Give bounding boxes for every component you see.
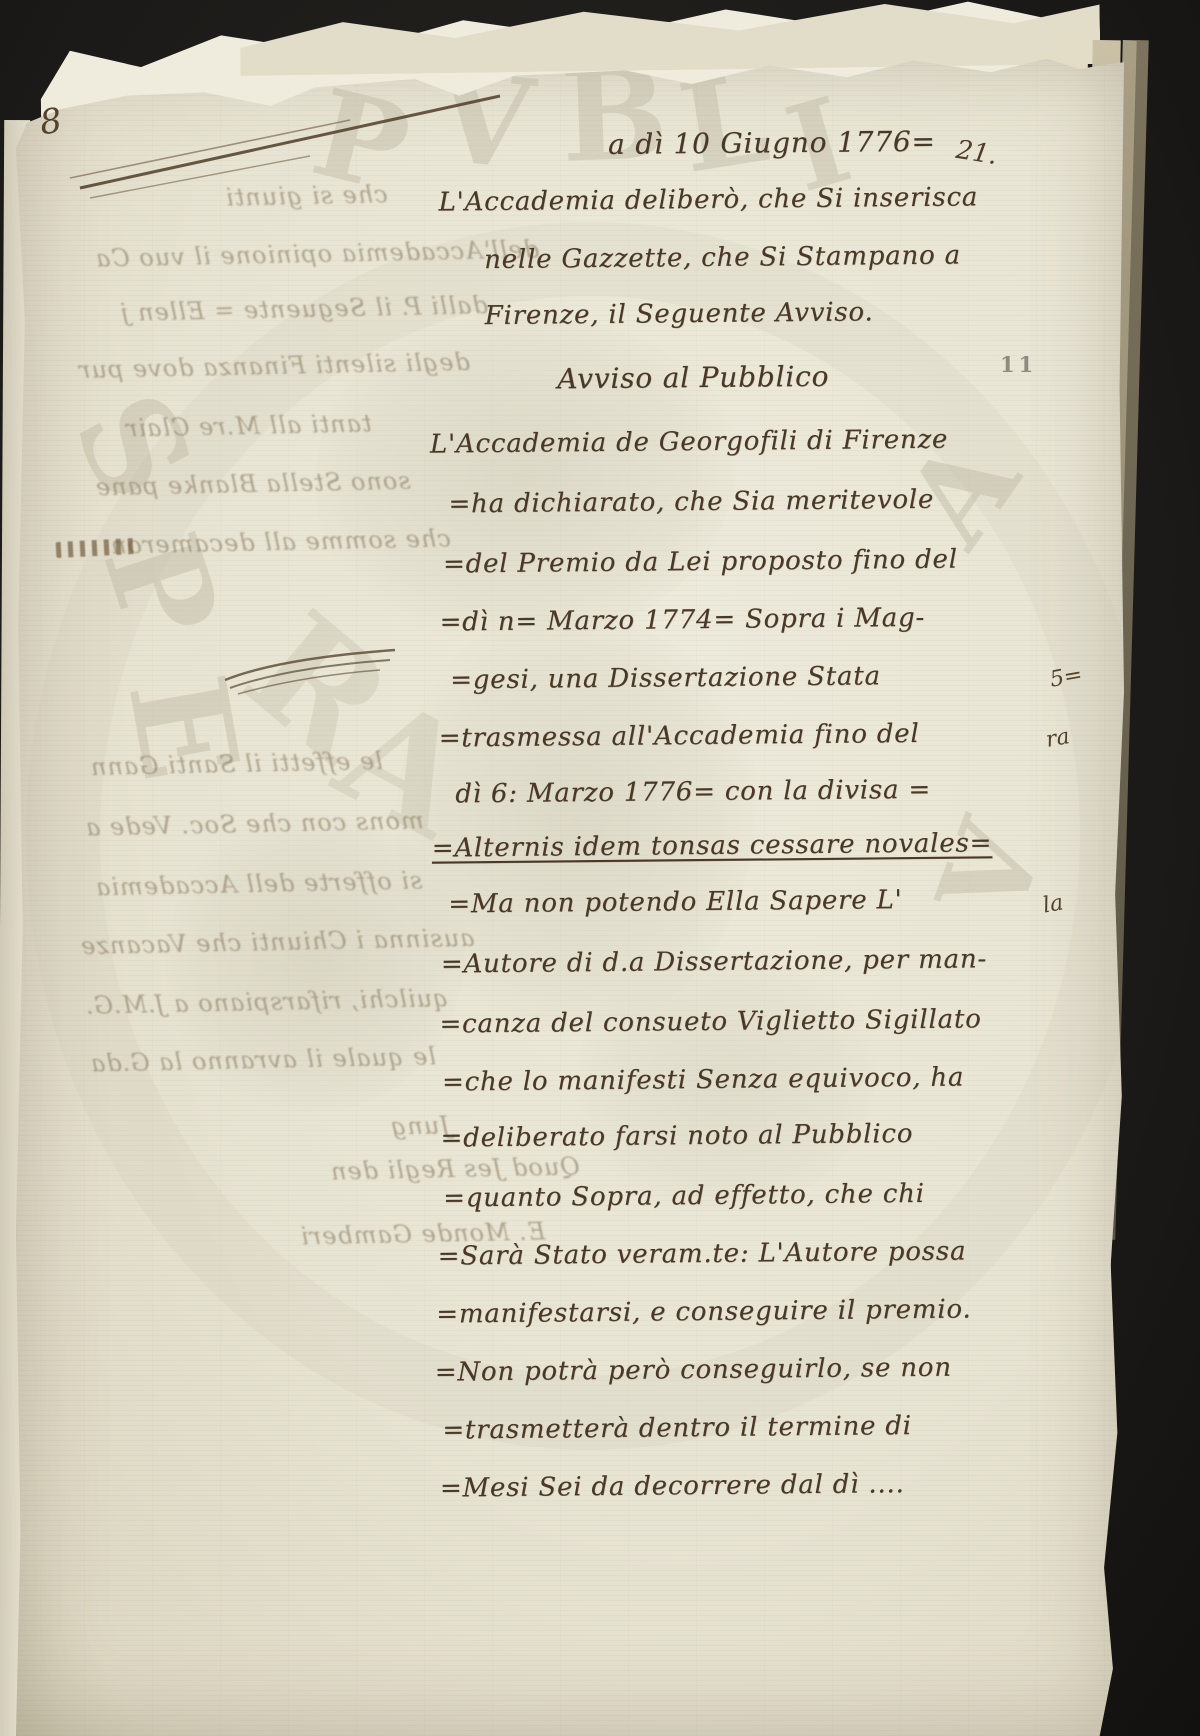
- edge-fragment: la: [1041, 890, 1065, 918]
- manuscript-line: L'Accademia de Georgofili di Firenze: [430, 425, 949, 460]
- manuscript-line: =quanto Sopra, ad effetto, che chi: [443, 1179, 925, 1214]
- manuscript-line: =gesi, una Dissertazione Stata: [450, 661, 881, 695]
- manuscript-line: L'Accademia deliberò, che Si inserisca: [438, 182, 978, 217]
- manuscript-line: nelle Gazzette, che Si Stampano a: [484, 241, 961, 276]
- manuscript-line: =ha dichiarato, che Sia meritevole: [448, 485, 934, 520]
- manuscript-motto-line: =Alternis idem tonsas cessare novales=: [432, 828, 993, 863]
- manuscript-line: =manifestarsi, e conseguire il premio.: [436, 1294, 971, 1329]
- handwriting-layer: a dì 10 Giugno 1776= L'Accademia deliber…: [0, 0, 1200, 1736]
- manuscript-line: =Autore di d.a Dissertazione, per man-: [441, 944, 987, 979]
- manuscript-line: =del Premio da Lei proposto fino del: [443, 545, 958, 580]
- manuscript-photo: P V B L I S P E R A A V che si giunti de…: [0, 0, 1200, 1736]
- manuscript-line: =Sarà Stato veram.te: L'Autore possa: [438, 1237, 967, 1272]
- manuscript-line: =Non potrà però conseguirlo, se non: [435, 1353, 952, 1388]
- manuscript-line: =trasmetterà dentro il termine di: [442, 1411, 912, 1446]
- manuscript-line: =trasmessa all'Accademia fino del: [439, 719, 920, 754]
- manuscript-line: dì 6: Marzo 1776= con la divisa =: [455, 775, 931, 810]
- manuscript-line: =che lo manifesti Senza equivoco, ha: [442, 1063, 964, 1098]
- manuscript-line: =deliberato farsi noto al Pubblico: [440, 1119, 913, 1154]
- manuscript-line: =dì n= Marzo 1774= Sopra i Mag-: [439, 603, 925, 638]
- manuscript-heading: Avviso al Pubblico: [557, 360, 829, 396]
- manuscript-line: =canza del consueto Viglietto Sigillato: [439, 1004, 981, 1039]
- manuscript-line: =Mesi Sei da decorrere dal dì ....: [440, 1469, 905, 1503]
- manuscript-line: Firenze, il Seguente Avviso.: [485, 297, 874, 331]
- manuscript-line: =Ma non potendo Ella Sapere L': [448, 885, 903, 919]
- edge-fragment: ra: [1044, 724, 1072, 753]
- date-line: a dì 10 Giugno 1776=: [608, 125, 936, 161]
